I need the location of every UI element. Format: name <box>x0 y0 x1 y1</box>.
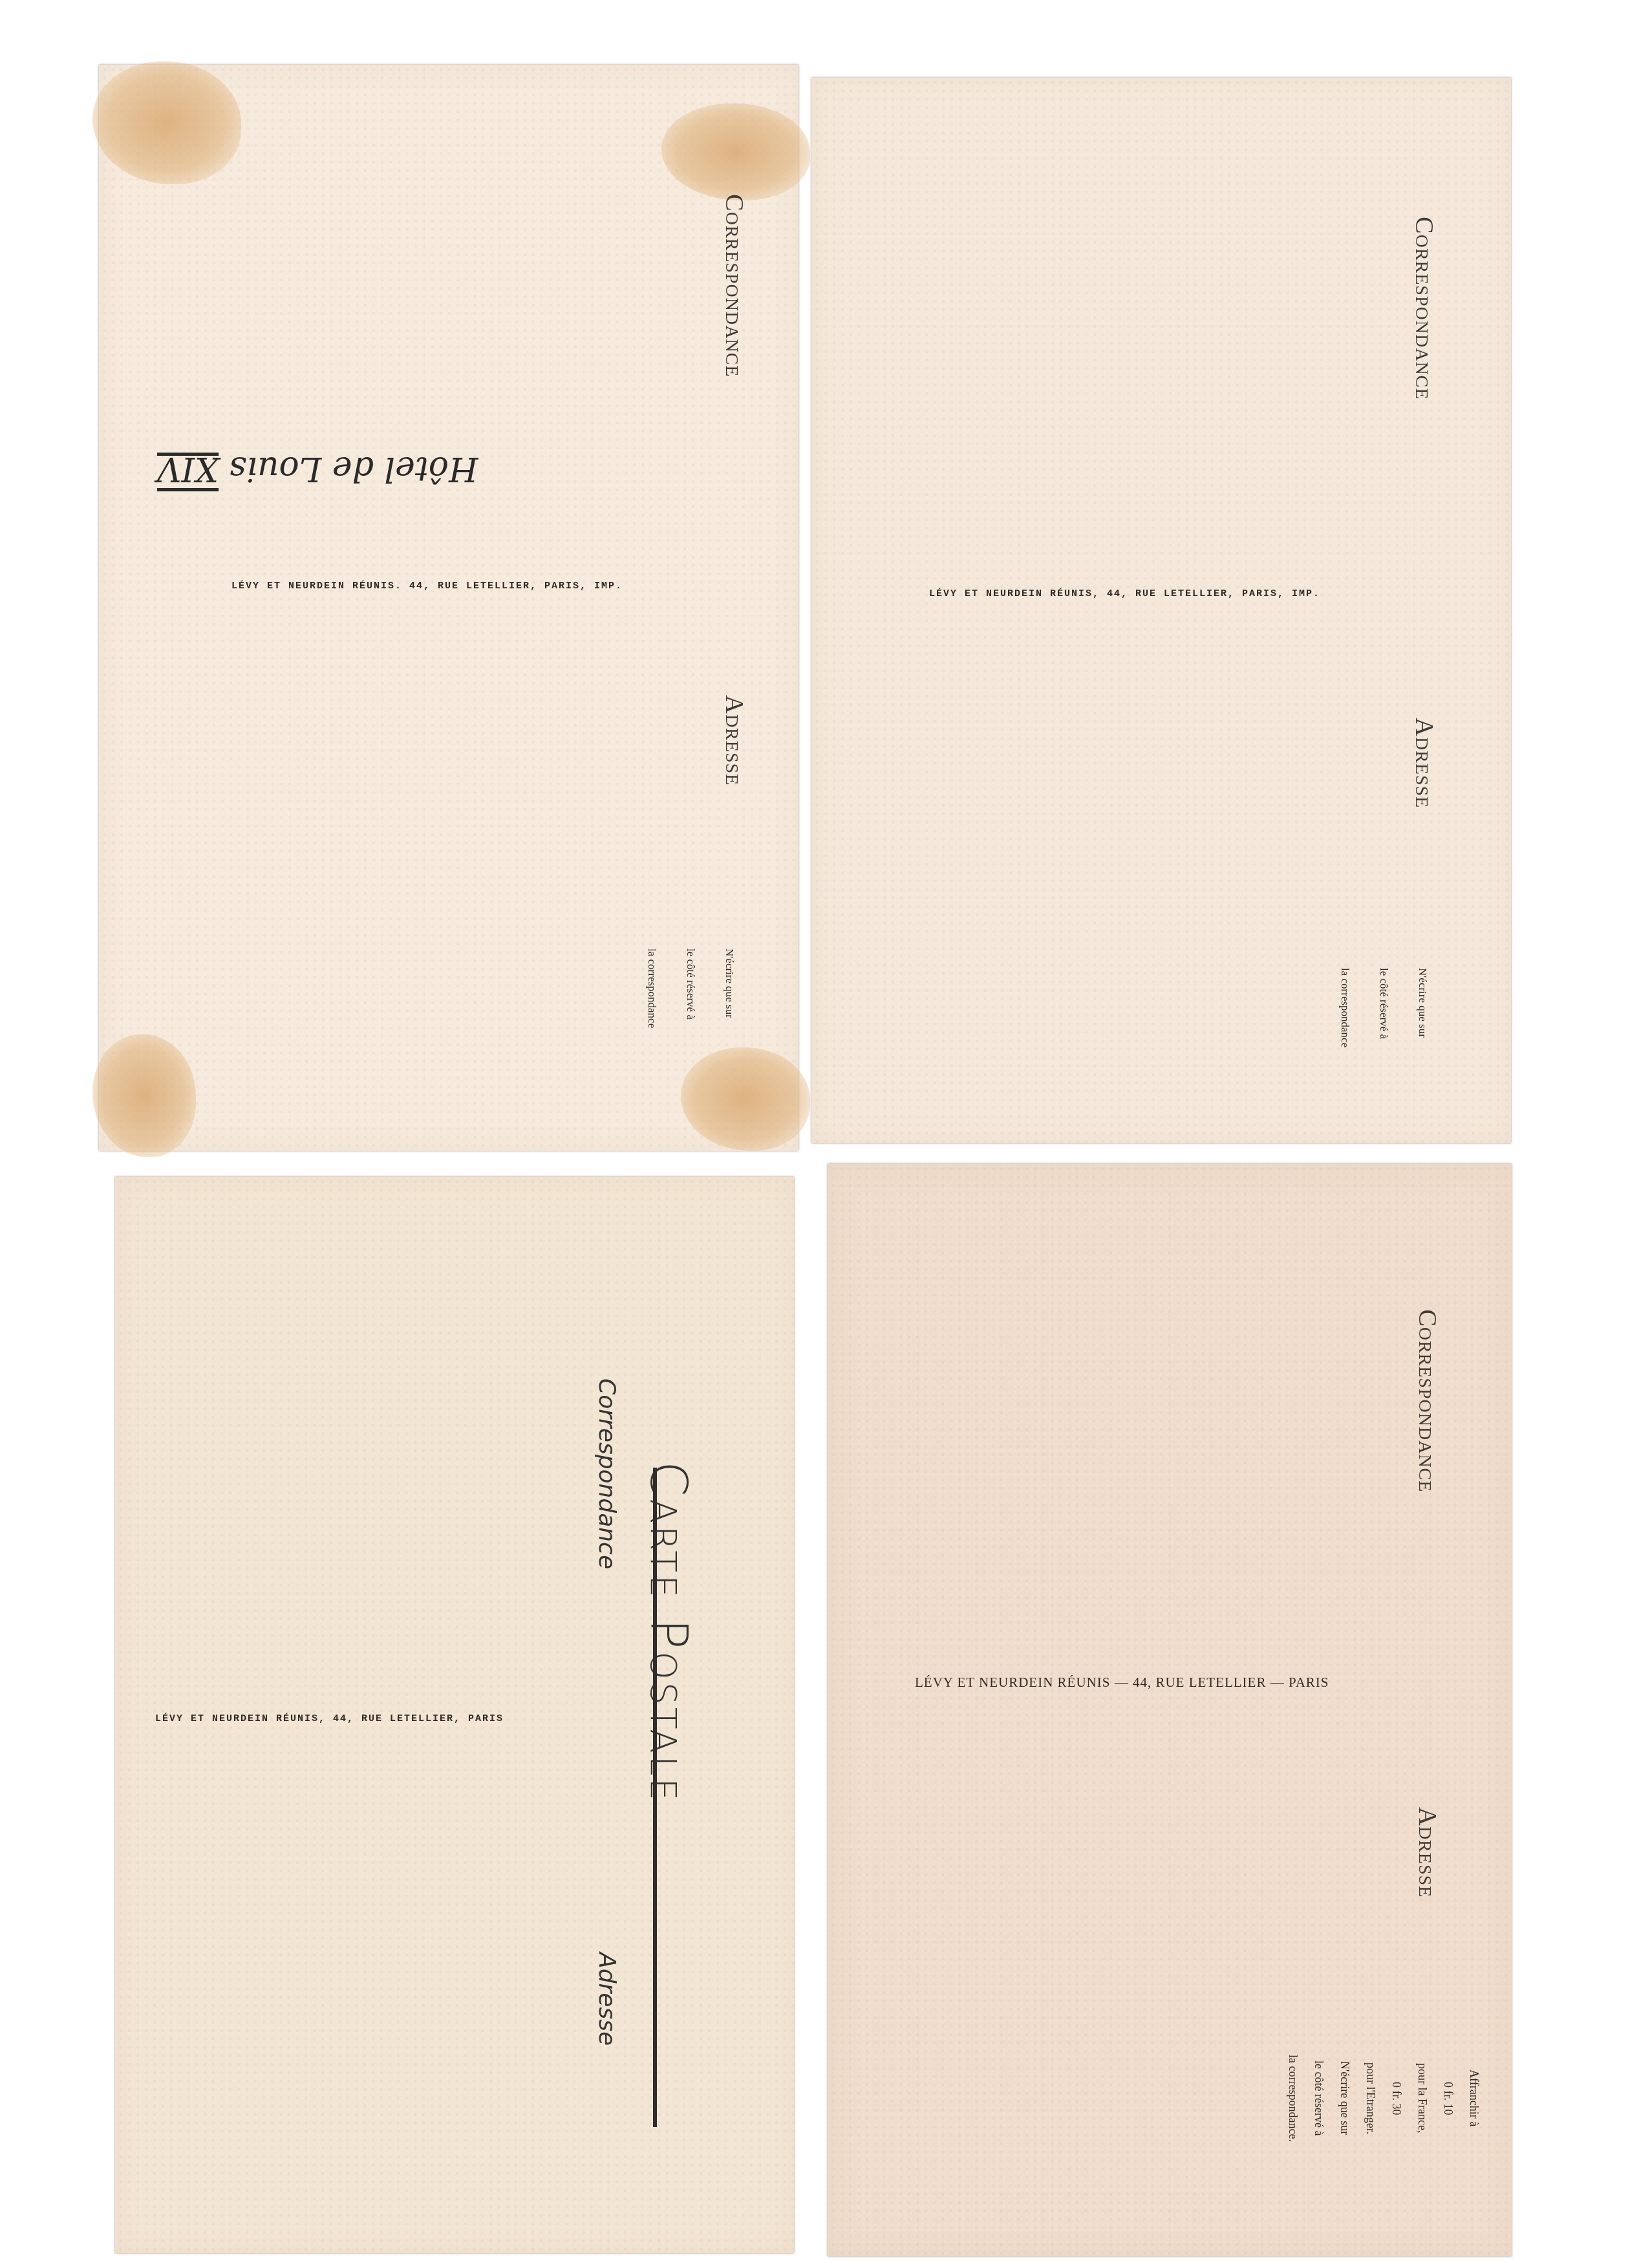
postcard-3: Correspondance Carte Postale Adresse LÉV… <box>115 1177 794 2253</box>
carte-postale-title: Carte Postale <box>639 1461 697 1803</box>
instruction-line-2: 0 fr. 10 <box>1442 2082 1455 2115</box>
instruction-line-1: Affranchir à <box>1468 2070 1481 2126</box>
correspondance-label: Correspondance <box>1413 1309 1443 1492</box>
postcard-4: Correspondance Adresse LÉVY ET NEURDEIN … <box>828 1164 1512 2256</box>
instruction-line-1: N'écrire que sur <box>1417 968 1429 1038</box>
postage-instructions: Affranchir à 0 fr. 10 pour la France, 0 … <box>1274 2043 1494 2142</box>
stain-top-left <box>92 61 241 184</box>
adresse-label: Adresse <box>1409 718 1440 808</box>
instruction-line-7: le côté réservé à <box>1312 2060 1325 2135</box>
instruction-line-3: la correspondance <box>1339 968 1351 1047</box>
correspondance-label: Correspondance <box>1409 217 1440 400</box>
instruction-note: N'écrire que sur le côté réservé à la co… <box>1316 957 1452 1047</box>
postcard-2: Correspondance Adresse LÉVY ET NEURDEIN … <box>811 78 1511 1143</box>
printer-imprint: LÉVY ET NEURDEIN RÉUNIS. 44, RUE LETELLI… <box>231 581 623 592</box>
handwritten-note: Hôtel de Louis XIV <box>157 449 478 488</box>
stain-bottom-right <box>681 1047 810 1151</box>
correspondance-label: Correspondance <box>594 1378 620 1569</box>
adresse-label: Adresse <box>594 1952 620 2046</box>
title-rule <box>653 1468 657 2127</box>
instruction-line-3: pour la France, <box>1416 2063 1429 2133</box>
handwritten-roman-numeral: XIV <box>157 449 219 488</box>
adresse-label: Adresse <box>1413 1807 1443 1898</box>
printer-imprint: LÉVY ET NEURDEIN RÉUNIS, 44, RUE LETELLI… <box>929 588 1320 599</box>
handwritten-text: Hôtel de Louis <box>230 449 478 488</box>
postcard-1: Correspondance Adresse Hôtel de Louis XI… <box>99 65 798 1151</box>
printer-imprint: LÉVY ET NEURDEIN RÉUNIS, 44, RUE LETELLI… <box>155 1713 504 1724</box>
correspondance-label: Correspondance <box>720 194 750 377</box>
instruction-note: N'écrire que sur le côté réservé à la co… <box>623 937 758 1028</box>
instruction-line-1: N'écrire que sur <box>723 948 736 1018</box>
instruction-line-2: le côté réservé à <box>1378 968 1390 1039</box>
adresse-label: Adresse <box>720 695 750 786</box>
instruction-line-2: le côté réservé à <box>685 948 697 1020</box>
instruction-line-8: la correspondance. <box>1287 2055 1300 2142</box>
instruction-line-4: 0 fr. 30 <box>1390 2082 1403 2115</box>
instruction-line-6: N'écrire que sur <box>1338 2061 1351 2135</box>
printer-imprint: LÉVY ET NEURDEIN RÉUNIS — 44, RUE LETELL… <box>915 1674 1329 1691</box>
stain-bottom-left <box>92 1034 196 1157</box>
stain-top-right <box>661 103 810 200</box>
instruction-line-3: la correspondance <box>646 948 658 1028</box>
instruction-line-5: pour l'Etranger. <box>1364 2062 1377 2134</box>
